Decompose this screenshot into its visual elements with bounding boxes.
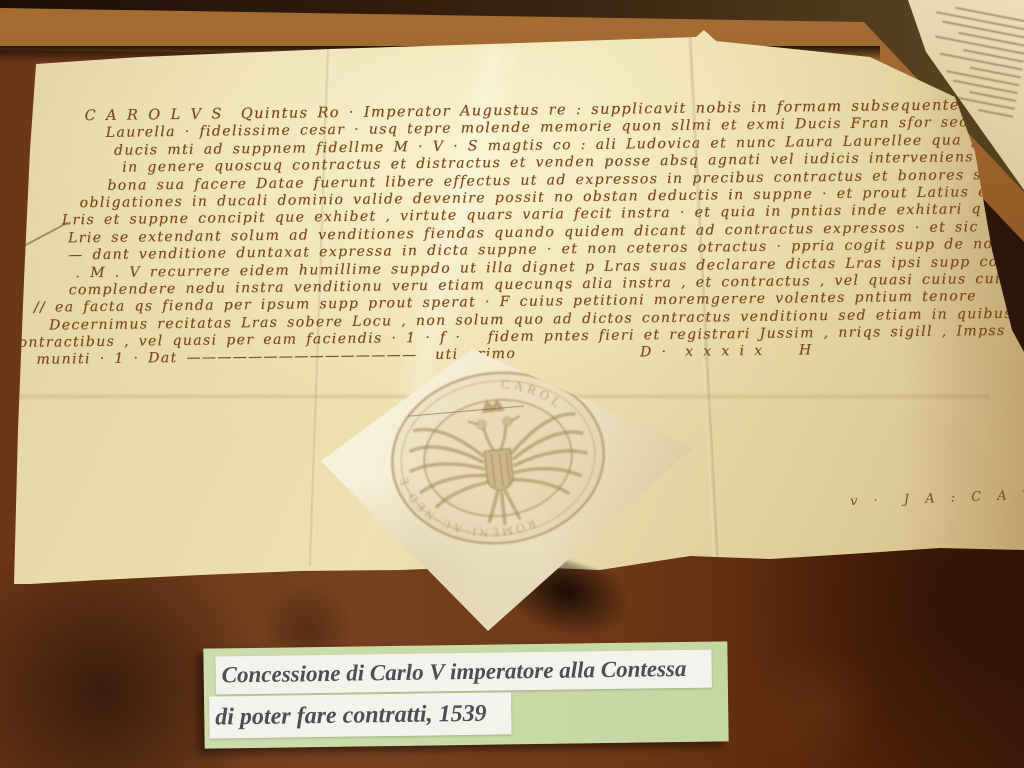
caption-strip-2: di poter fare contratti, 1539 [209,692,512,738]
svg-text:ROMENI·AC·NED·E: ROMENI·AC·NED·E [395,460,538,550]
caption-strip-1: Concessione di Carlo V imperatore alla C… [215,650,711,695]
double-headed-eagle [405,393,593,533]
seal-ring-text-left: ROMENI·AC·NED·E [395,460,538,550]
caption-line-2: di poter fare contratti, 1539 [215,700,487,731]
caption-card: Concessione di Carlo V imperatore alla C… [203,641,728,748]
museum-photo-scene: C A R O L V S Quintus Ro · Imperator Aug… [0,0,1024,768]
caption-line-1: Concessione di Carlo V imperatore alla C… [222,656,687,688]
manuscript-text: C A R O L V S Quintus Ro · Imperator Aug… [6,97,999,370]
notary-signature: v · J A : C A T A N [850,486,1024,509]
